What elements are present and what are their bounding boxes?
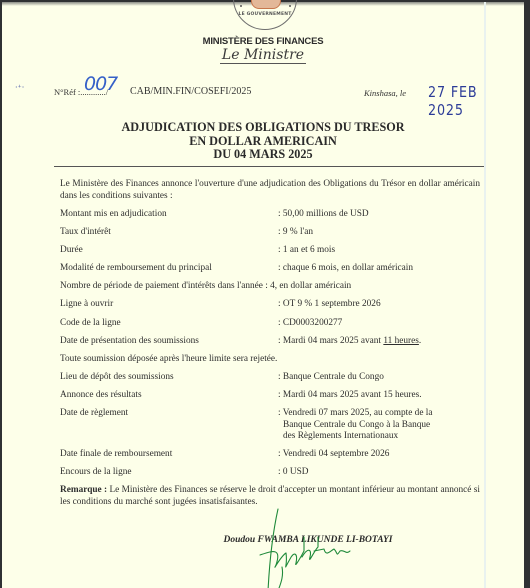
condition-row: Durée : 1 an et 6 mois xyxy=(60,245,480,257)
payment-periods-line: Nombre de période de paiement d'intérêts… xyxy=(60,281,480,293)
condition-label: Annonce des résultats xyxy=(60,390,278,402)
submission-date-row: Date de présentation des soumissions : M… xyxy=(60,336,480,348)
condition-row: Annonce des résultats : Mardi 04 mars 20… xyxy=(60,390,480,402)
seal-dot xyxy=(289,5,291,7)
condition-row: Modalité de remboursement du principal :… xyxy=(60,263,480,275)
condition-value: : CD0003200277 xyxy=(278,318,480,330)
condition-label: Ligne à ouvrir xyxy=(60,299,278,311)
condition-value: : Mardi 04 mars 2025 avant 11 heures. xyxy=(278,336,480,348)
document-title: ADJUDICATION DES OBLIGATIONS DU TRESOR E… xyxy=(2,121,524,162)
condition-value: : Vendredi 07 mars 2025, au compte de la… xyxy=(278,408,480,443)
remark-paragraph: Remarque : Le Ministère des Finances se … xyxy=(60,485,480,508)
date-stamp: 27 FEB 2025 xyxy=(428,83,510,119)
condition-label: Durée xyxy=(60,245,278,257)
condition-row: Code de la ligne : CD0003200277 xyxy=(60,318,480,330)
condition-row: Encours de la ligne : 0 USD xyxy=(60,467,480,479)
reference-code: CAB/MIN.FIN/COSEFI/2025 xyxy=(130,86,251,97)
condition-label: Encours de la ligne xyxy=(60,467,278,479)
submission-deadline-hour: 11 heures xyxy=(383,336,419,346)
condition-value: : Vendredi 04 septembre 2026 xyxy=(278,449,480,461)
document-body: Le Ministère des Finances annonce l'ouve… xyxy=(60,179,480,508)
condition-row: Date de règlement : Vendredi 07 mars 202… xyxy=(60,408,480,443)
condition-row: Taux d'intérêt : 9 % l'an xyxy=(60,227,480,239)
late-submission-notice: Toute soumission déposée après l'heure l… xyxy=(60,354,480,366)
condition-row: Date finale de remboursement : Vendredi … xyxy=(60,449,480,461)
title-line-2: EN DOLLAR AMERICAIN xyxy=(2,135,524,149)
title-line-1: ADJUDICATION DES OBLIGATIONS DU TRESOR xyxy=(2,121,524,135)
condition-value: : Banque Centrale du Congo xyxy=(278,372,480,384)
settlement-line-1: : Vendredi 07 mars 2025, au compte de la xyxy=(278,408,480,420)
condition-value: : chaque 6 mois, en dollar américain xyxy=(278,263,480,275)
condition-label: Code de la ligne xyxy=(60,318,278,330)
seal-dot xyxy=(240,5,242,7)
condition-label: Date de présentation des soumissions xyxy=(60,336,278,348)
reference-number-handwritten: 007 xyxy=(84,73,117,95)
settlement-line-3: des Règlements Internationaux xyxy=(278,431,480,443)
settlement-line-2: Banque Centrale du Congo à la Banque xyxy=(278,420,480,432)
condition-value: : 0 USD xyxy=(278,467,480,479)
submission-date-suffix: . xyxy=(419,336,421,346)
condition-label: Modalité de remboursement du principal xyxy=(60,263,278,275)
submission-date-prefix: : Mardi 04 mars 2025 avant xyxy=(278,336,383,346)
remark-text: Le Ministère des Finances se réserve le … xyxy=(60,485,480,507)
seal-emblem-icon xyxy=(251,0,281,9)
condition-label: Montant mis en adjudication xyxy=(60,209,278,221)
place-date-label: Kinshasa, le xyxy=(364,88,406,98)
seal-text: LE GOUVERNEMENT xyxy=(234,12,296,17)
document-viewer: LE GOUVERNEMENT MINISTÈRE DES FINANCES L… xyxy=(0,0,530,588)
condition-value: : Mardi 04 mars 2025 avant 15 heures. xyxy=(278,390,480,402)
ministry-name: MINISTÈRE DES FINANCES xyxy=(2,36,524,47)
condition-row: Montant mis en adjudication : 50,00 mill… xyxy=(60,209,480,221)
condition-value: : 9 % l'an xyxy=(278,227,480,239)
stray-ink-mark: ·⁺· xyxy=(15,83,24,92)
condition-row: Ligne à ouvrir : OT 9 % 1 septembre 2026 xyxy=(60,299,480,311)
office-title-text: Le Ministre xyxy=(220,47,306,64)
condition-value: : 1 an et 6 mois xyxy=(278,245,480,257)
condition-label: Lieu de dépôt des soumissions xyxy=(60,372,278,384)
condition-label: Date de règlement xyxy=(60,408,278,443)
document-page: LE GOUVERNEMENT MINISTÈRE DES FINANCES L… xyxy=(2,2,524,588)
condition-value: : 50,00 millions de USD xyxy=(278,209,480,221)
title-line-3: DU 04 MARS 2025 xyxy=(2,148,524,162)
government-seal: LE GOUVERNEMENT xyxy=(233,0,297,30)
remark-label: Remarque : xyxy=(60,485,107,495)
condition-row: Lieu de dépôt des soumissions : Banque C… xyxy=(60,372,480,384)
condition-label: Taux d'intérêt xyxy=(60,227,278,239)
handwritten-signature-icon xyxy=(252,507,362,588)
condition-value: : OT 9 % 1 septembre 2026 xyxy=(278,299,480,311)
title-divider xyxy=(54,166,484,167)
condition-label: Date finale de remboursement xyxy=(60,449,278,461)
intro-paragraph: Le Ministère des Finances annonce l'ouve… xyxy=(60,179,480,202)
office-title: Le Ministre xyxy=(2,47,524,63)
